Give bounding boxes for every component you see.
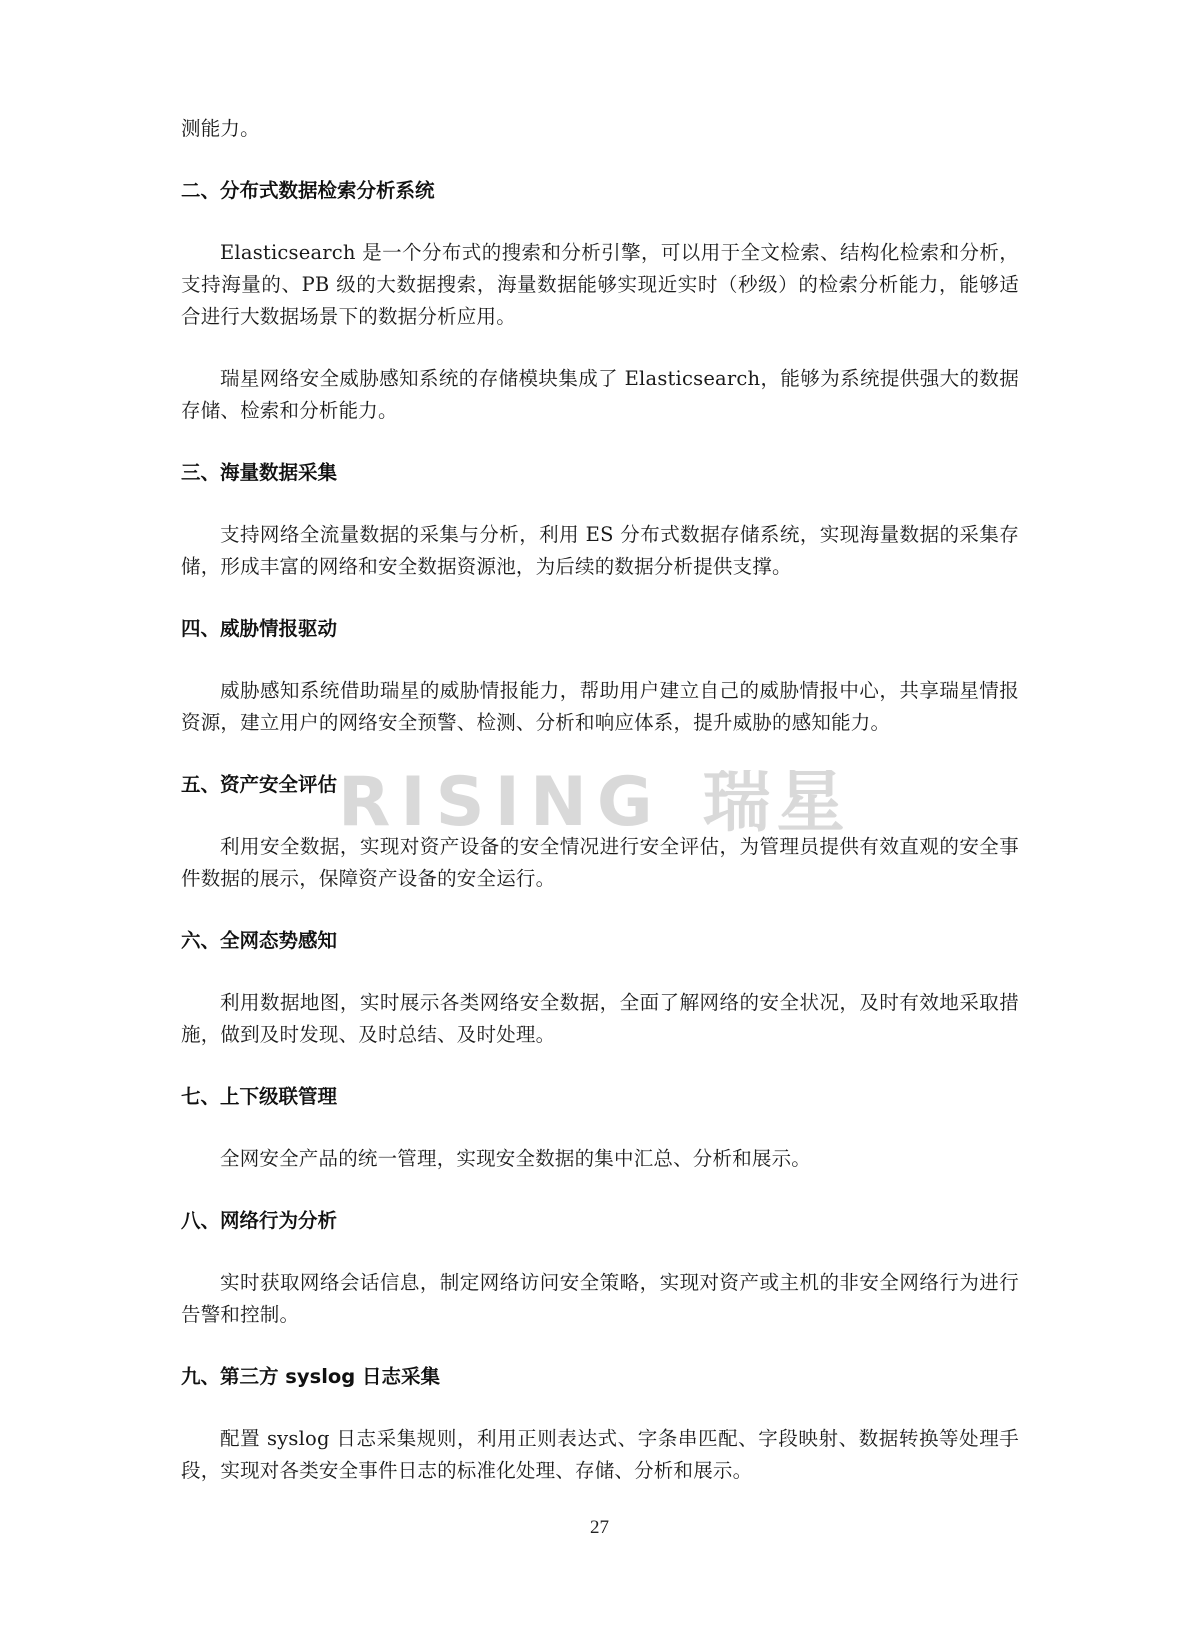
document-body: 测能力。 二、分布式数据检索分析系统 Elasticsearch 是一个分布式的… [181, 113, 1019, 1487]
section-heading: 六、全网态势感知 [181, 925, 1019, 957]
section-paragraph: Elasticsearch 是一个分布式的搜索和分析引擎，可以用于全文检索、结构… [181, 237, 1019, 333]
document-page: RISING瑞星 测能力。 二、分布式数据检索分析系统 Elasticsearc… [0, 0, 1199, 1627]
section-syslog-collection: 九、第三方 syslog 日志采集 配置 syslog 日志采集规则，利用正则表… [181, 1361, 1019, 1487]
section-mass-data-collection: 三、海量数据采集 支持网络全流量数据的采集与分析，利用 ES 分布式数据存储系统… [181, 457, 1019, 583]
section-asset-assessment: 五、资产安全评估 利用安全数据，实现对资产设备的安全情况进行安全评估，为管理员提… [181, 769, 1019, 895]
section-heading: 九、第三方 syslog 日志采集 [181, 1361, 1019, 1393]
section-paragraph: 利用数据地图，实时展示各类网络安全数据，全面了解网络的安全状况，及时有效地采取措… [181, 987, 1019, 1051]
section-paragraph: 全网安全产品的统一管理，实现安全数据的集中汇总、分析和展示。 [181, 1143, 1019, 1175]
section-paragraph: 支持网络全流量数据的采集与分析，利用 ES 分布式数据存储系统，实现海量数据的采… [181, 519, 1019, 583]
section-paragraph: 实时获取网络会话信息，制定网络访问安全策略，实现对资产或主机的非安全网络行为进行… [181, 1267, 1019, 1331]
section-heading: 二、分布式数据检索分析系统 [181, 175, 1019, 207]
section-paragraph: 威胁感知系统借助瑞星的威胁情报能力，帮助用户建立自己的威胁情报中心，共享瑞星情报… [181, 675, 1019, 739]
section-situation-awareness: 六、全网态势感知 利用数据地图，实时展示各类网络安全数据，全面了解网络的安全状况… [181, 925, 1019, 1051]
section-heading: 四、威胁情报驱动 [181, 613, 1019, 645]
section-distributed-search: 二、分布式数据检索分析系统 Elasticsearch 是一个分布式的搜索和分析… [181, 175, 1019, 427]
section-network-behavior: 八、网络行为分析 实时获取网络会话信息，制定网络访问安全策略，实现对资产或主机的… [181, 1205, 1019, 1331]
section-heading: 五、资产安全评估 [181, 769, 1019, 801]
section-heading: 七、上下级联管理 [181, 1081, 1019, 1113]
section-paragraph: 瑞星网络安全威胁感知系统的存储模块集成了 Elasticsearch，能够为系统… [181, 363, 1019, 427]
section-heading: 三、海量数据采集 [181, 457, 1019, 489]
section-paragraph: 利用安全数据，实现对资产设备的安全情况进行安全评估，为管理员提供有效直观的安全事… [181, 831, 1019, 895]
intro-tail-text: 测能力。 [181, 113, 1019, 145]
section-threat-intel: 四、威胁情报驱动 威胁感知系统借助瑞星的威胁情报能力，帮助用户建立自己的威胁情报… [181, 613, 1019, 739]
page-number: 27 [0, 1517, 1199, 1539]
section-paragraph: 配置 syslog 日志采集规则，利用正则表达式、字条串匹配、字段映射、数据转换… [181, 1423, 1019, 1487]
section-heading: 八、网络行为分析 [181, 1205, 1019, 1237]
section-cascade-management: 七、上下级联管理 全网安全产品的统一管理，实现安全数据的集中汇总、分析和展示。 [181, 1081, 1019, 1175]
